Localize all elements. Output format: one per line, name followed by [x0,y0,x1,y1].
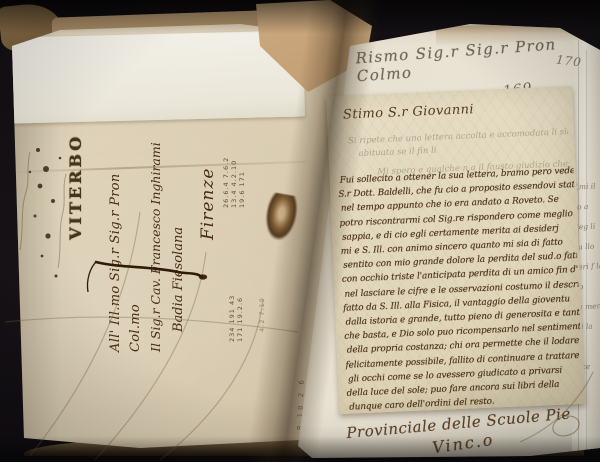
arithmetic-notes-faint: 4.2 7.19 [258,260,266,332]
arithmetic-notes-top: 26.6.4 7.6.2 13.4 4.2.10 19.6 171 [222,120,246,208]
letter-showthrough-hatching [326,86,585,414]
address-recipient: Il Sig.r Cav. Francesco Inghirami [146,138,166,352]
address-city: Firenze [198,138,218,352]
folio-number-170: 170 [555,52,582,69]
address-place: Badia Fiesolana [169,138,189,352]
postmark-viterbo: VITERBO [66,130,85,240]
manuscript-photo: VITERBO All' Ill.mo Sig.r Sig.r Pron Col… [0,0,600,462]
address-block: All' Ill.mo Sig.r Sig.r Pron Col.mo Il S… [106,138,218,352]
letter-sheet: Stimo S.r Giovanni Si ripete che una let… [326,86,585,414]
arithmetic-notes-mid: 234 191 43 171 19.2.6 [228,230,244,342]
address-honorific: All' Ill.mo Sig.r Sig.r Pron Col.mo [106,138,146,352]
